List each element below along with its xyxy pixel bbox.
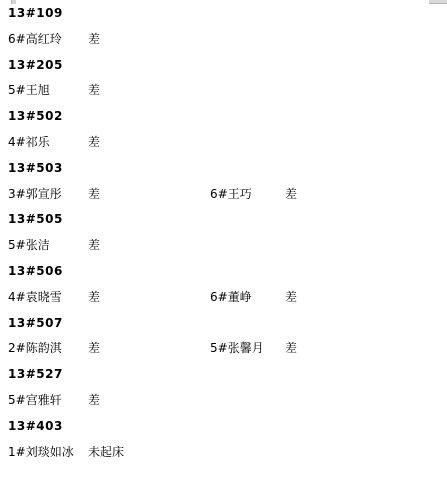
entry-row: 5#王旭 差 (0, 84, 447, 110)
entry-row: 3#郭宣彤 差 6#王巧 差 (0, 188, 447, 214)
status-text: 差 (88, 394, 100, 407)
entry-row: 6#高红玲 差 (0, 33, 447, 59)
status-text: 差 (285, 291, 297, 304)
status-text: 差 (285, 342, 297, 355)
room-number: 13#109 (8, 7, 63, 20)
student-name: 6#王巧 (210, 188, 252, 201)
status-text: 差 (88, 33, 100, 46)
room-number: 13#506 (8, 265, 63, 278)
entry-row: 4#袁晓雪 差 6#董峥 差 (0, 291, 447, 317)
entry-row: 1#刘琰如冰 未起床 (0, 446, 447, 472)
status-text: 差 (88, 239, 100, 252)
entry-row: 2#陈韵淇 差 5#张馨月 差 (0, 342, 447, 368)
student-name: 4#袁晓雪 (8, 291, 62, 304)
room-number: 13#505 (8, 213, 63, 226)
status-text: 差 (285, 188, 297, 201)
room-number: 13#502 (8, 110, 63, 123)
student-name: 5#张洁 (8, 239, 50, 252)
student-name: 5#张馨月 (210, 342, 264, 355)
room-header-row: 13#502 (0, 110, 447, 136)
room-header-row: 13#527 (0, 368, 447, 394)
status-text: 差 (88, 291, 100, 304)
room-number: 13#527 (8, 368, 63, 381)
student-name: 4#祁乐 (8, 136, 50, 149)
room-header-row: 13#403 (0, 420, 447, 446)
room-header-row: 13#506 (0, 265, 447, 291)
room-number: 13#507 (8, 317, 63, 330)
room-header-row: 13#505 (0, 213, 447, 239)
status-text: 差 (88, 84, 100, 97)
room-number: 13#503 (8, 162, 63, 175)
status-text: 差 (88, 188, 100, 201)
entry-row: 5#张洁 差 (0, 239, 447, 265)
student-name: 5#宫雅轩 (8, 394, 62, 407)
student-name: 6#高红玲 (8, 33, 62, 46)
room-number: 13#205 (8, 59, 63, 72)
room-header-row: 13#109 (0, 7, 447, 33)
room-header-row: 13#503 (0, 162, 447, 188)
room-header-row: 13#507 (0, 317, 447, 343)
student-name: 1#刘琰如冰 (8, 446, 74, 459)
room-header-row: 13#205 (0, 59, 447, 85)
status-text: 未起床 (88, 446, 124, 459)
entry-row: 5#宫雅轩 差 (0, 394, 447, 420)
status-text: 差 (88, 136, 100, 149)
student-name: 6#董峥 (210, 291, 252, 304)
student-name: 5#王旭 (8, 84, 50, 97)
entry-row: 4#祁乐 差 (0, 136, 447, 162)
dorm-check-report: 13#109 6#高红玲 差 13#205 5#王旭 差 13#502 4#祁乐… (0, 0, 447, 498)
clipped-ui-fragment-left (11, 0, 16, 4)
room-number: 13#403 (8, 420, 63, 433)
clipped-ui-fragment-right (429, 0, 447, 4)
student-name: 3#郭宣彤 (8, 188, 62, 201)
student-name: 2#陈韵淇 (8, 342, 62, 355)
status-text: 差 (88, 342, 100, 355)
